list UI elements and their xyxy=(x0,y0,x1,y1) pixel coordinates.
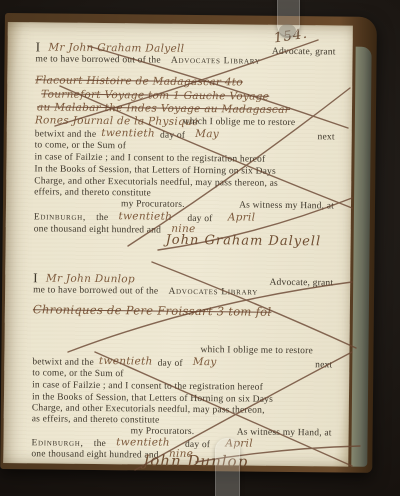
edinburgh-word: Edinburgh, xyxy=(31,438,83,449)
borrow-line: me to have borrowed out of the Advocates… xyxy=(33,285,333,299)
book-title-text: Chroniques de Pere Froissart 3 tom fol xyxy=(33,302,272,318)
return-day: twentieth xyxy=(99,356,153,368)
betwixt-prefix: betwixt and the xyxy=(35,129,97,141)
page-holder-strip-bottom xyxy=(215,438,240,496)
return-day: twentieth xyxy=(101,128,155,140)
register-page: 154. I Mr John Graham Dalyell Advocate, … xyxy=(3,22,353,467)
betwixt-prefix: betwixt and the xyxy=(32,357,94,369)
printed-initial: I xyxy=(33,272,38,283)
borrow-line: me to have borrowed out of the Advocates… xyxy=(35,54,335,68)
restore-line: which I oblige me to restore xyxy=(200,345,400,359)
book-cover: 154. I Mr John Graham Dalyell Advocate, … xyxy=(0,13,377,473)
the-word: the xyxy=(96,213,108,223)
signature-block: John Graham Dalyell xyxy=(166,231,322,251)
next-label: next xyxy=(317,132,334,143)
book-fore-edge xyxy=(351,47,371,467)
book-title-entry: Chroniques de Pere Froissart 3 tom fol xyxy=(33,301,272,321)
borrower-name: Mr John Graham Dalyell xyxy=(48,42,184,54)
signed-day: twentieth xyxy=(116,436,170,449)
signed-month: April xyxy=(228,211,256,223)
borrow-prefix: me to have borrowed out of the xyxy=(33,285,158,296)
book-title-text: Rones Journal de la Physique xyxy=(35,114,199,128)
register-photo: 154. I Mr John Graham Dalyell Advocate, … xyxy=(0,0,400,496)
borrower-signature: John Graham Dalyell xyxy=(166,233,322,250)
borrower-name: Mr John Dunlop xyxy=(46,273,135,285)
edinburgh-word: Edinburgh, xyxy=(34,212,86,223)
page-holder-strip-top xyxy=(277,0,300,36)
day-of-label: day of xyxy=(158,359,183,370)
borrow-prefix: me to have borrowed out of the xyxy=(35,54,160,65)
signed-day: twentieth xyxy=(118,210,172,223)
the-word: the xyxy=(94,439,106,449)
return-month: May xyxy=(193,357,217,368)
year-prefix: one thousand eight hundred and xyxy=(34,224,161,235)
printed-initial: I xyxy=(36,41,41,52)
year-prefix: one thousand eight hundred and xyxy=(31,449,158,460)
return-month: May xyxy=(195,129,219,140)
library-name: Advocates Library xyxy=(171,56,261,67)
library-name: Advocates Library xyxy=(168,287,258,298)
day-of-label: day of xyxy=(160,131,185,142)
next-label: next xyxy=(315,360,332,371)
procurators-label: my Procurators. xyxy=(121,199,185,211)
